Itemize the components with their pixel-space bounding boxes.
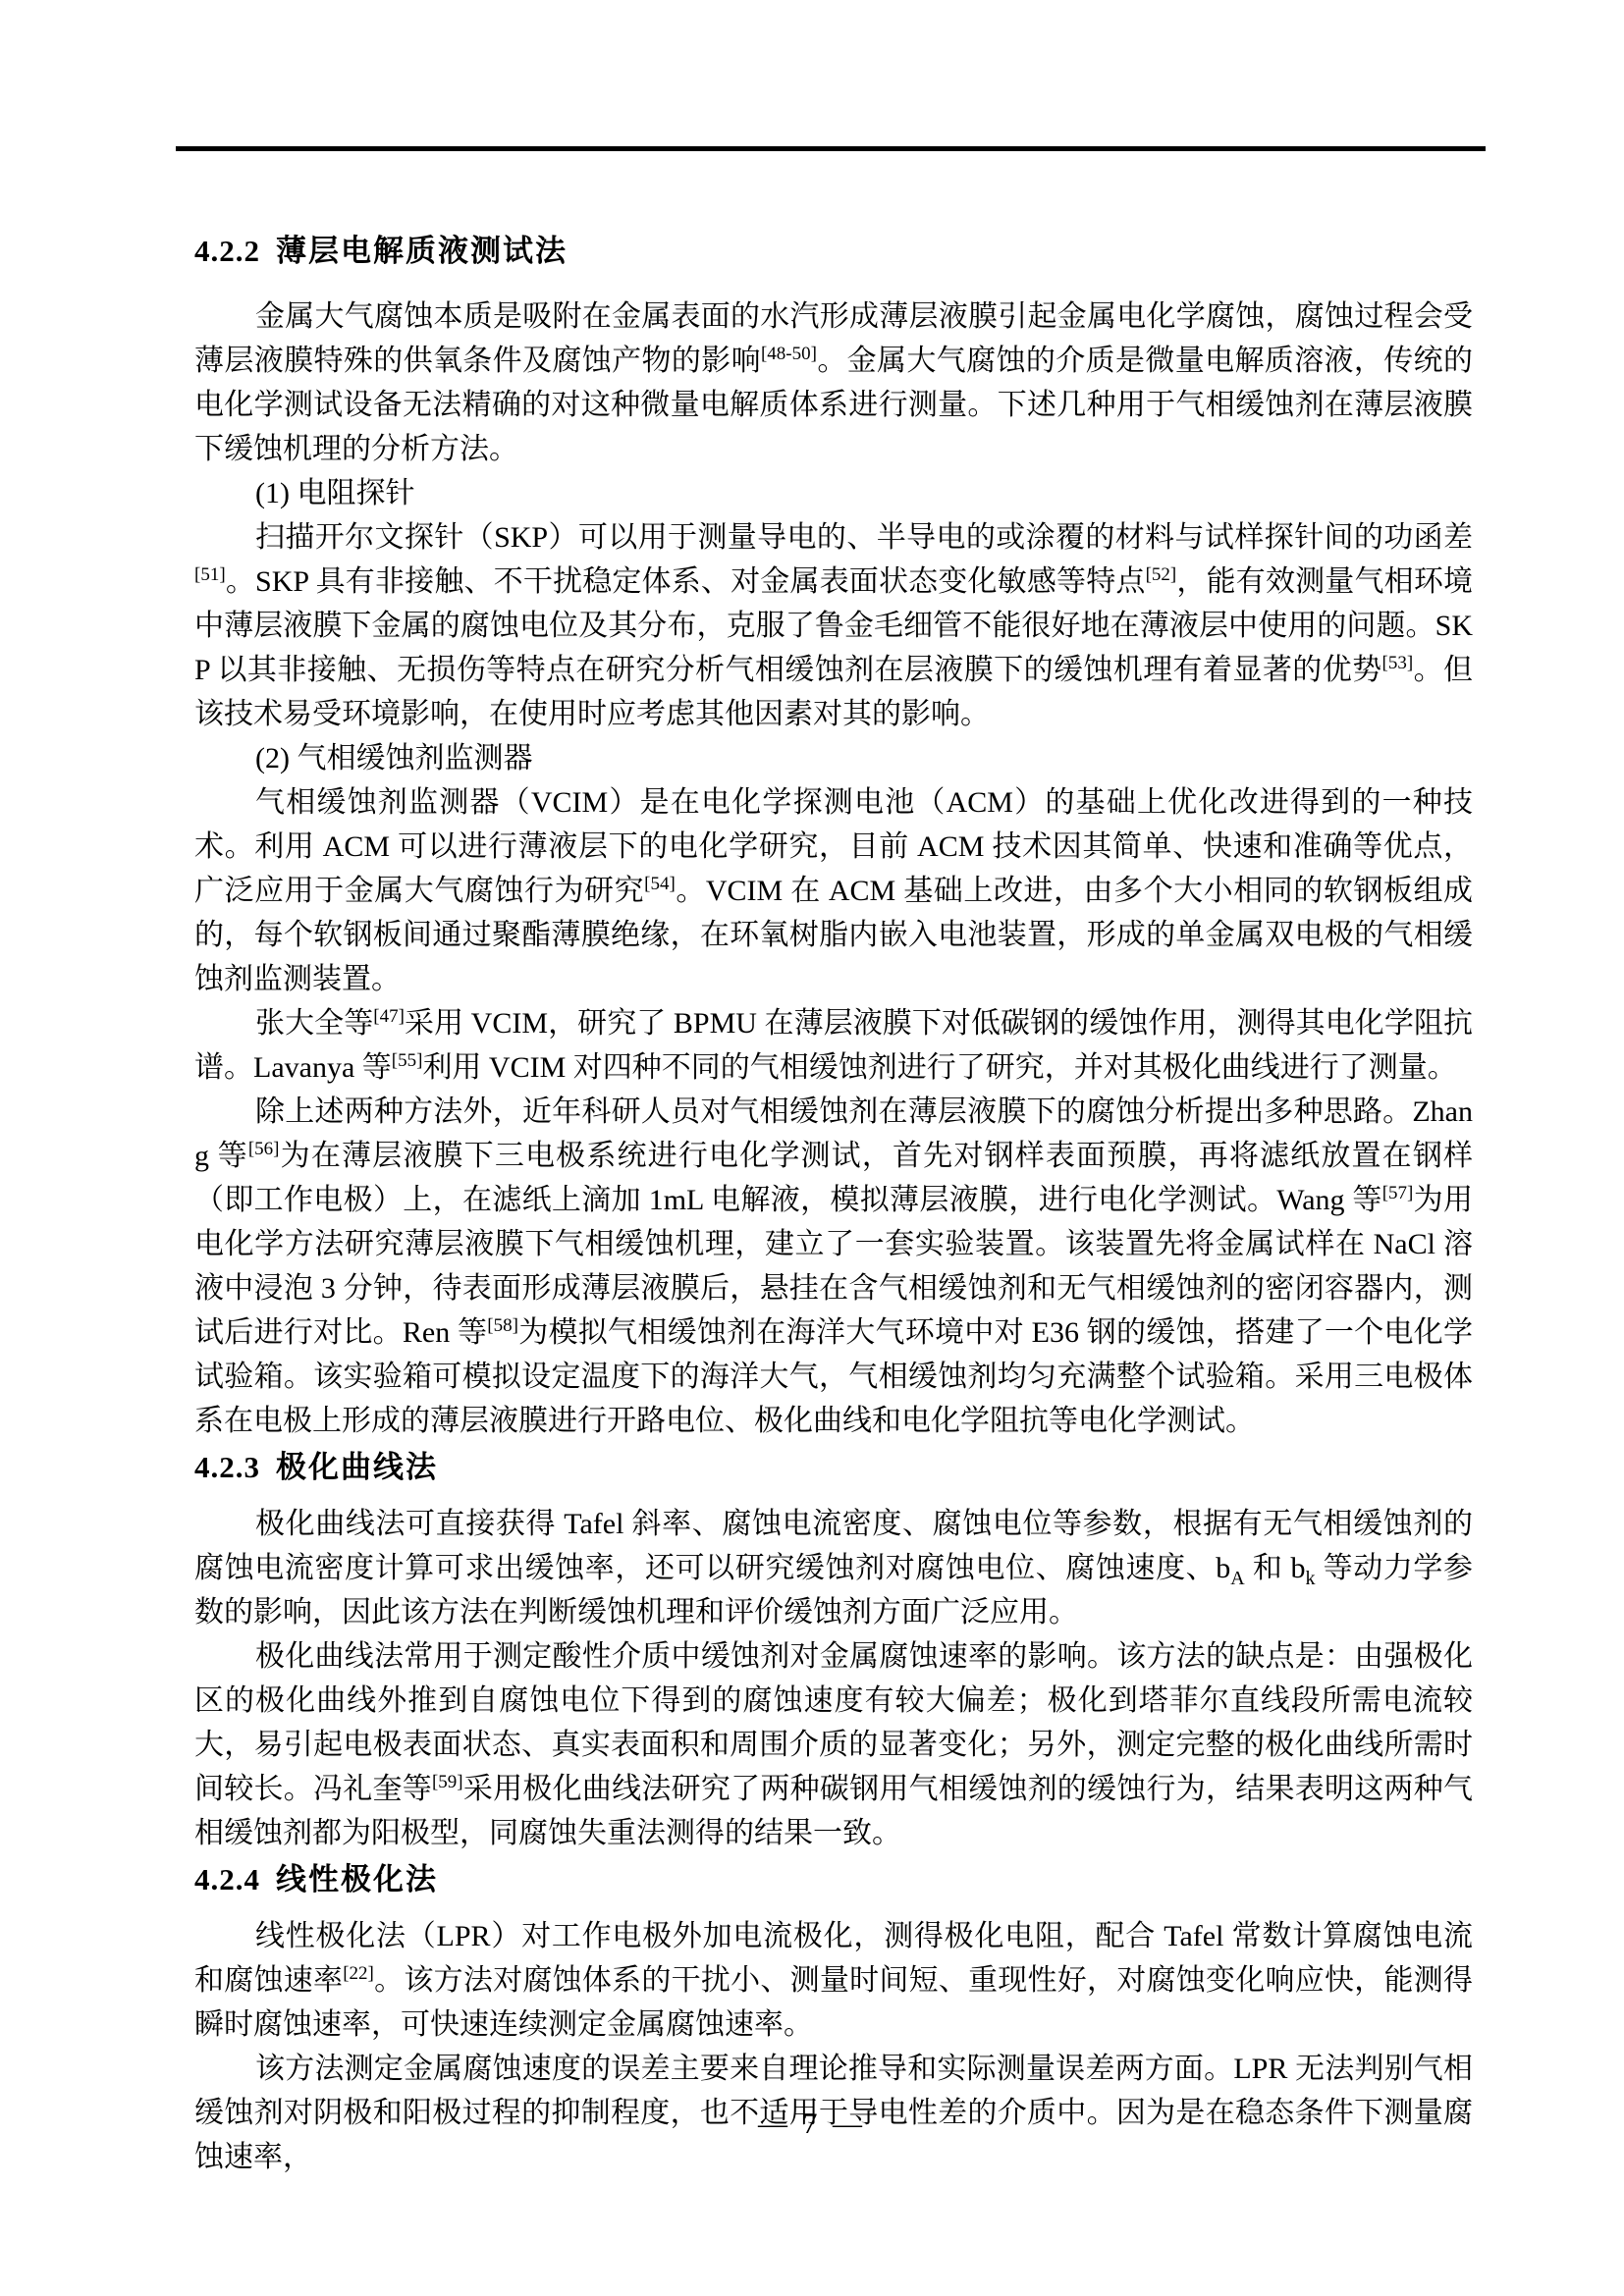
section-number: 4.2.3 <box>194 1450 260 1484</box>
reference-superscript: [58] <box>487 1315 518 1336</box>
reference-superscript: [54] <box>644 874 676 894</box>
section-title: 薄层电解质液测试法 <box>276 234 568 268</box>
page-footer: — 7 — <box>0 2107 1624 2142</box>
reference-superscript: [47] <box>373 1006 405 1027</box>
section-heading: 4.2.4线性极化法 <box>194 1857 1473 1902</box>
paragraph: 金属大气腐蚀本质是吸附在金属表面的水汽形成薄层液膜引起金属电化学腐蚀，腐蚀过程会… <box>194 294 1473 471</box>
text-run: 扫描开尔文探针（SKP）可以用于测量导电的、半导电的或涂覆的材料与试样探针间的功… <box>255 521 1473 554</box>
reference-superscript: [52] <box>1146 564 1177 585</box>
page-number: — 7 — <box>758 2108 866 2140</box>
paragraph: 极化曲线法可直接获得 Tafel 斜率、腐蚀电流密度、腐蚀电位等参数，根据有无气… <box>194 1502 1473 1634</box>
text-run: (1) 电阻探针 <box>255 477 414 509</box>
section-heading: 4.2.3极化曲线法 <box>194 1445 1473 1490</box>
section-title: 极化曲线法 <box>276 1450 438 1484</box>
paragraph: 线性极化法（LPR）对工作电极外加电流极化，测得极化电阻，配合 Tafel 常数… <box>194 1914 1473 2047</box>
text-run: 。该方法对腐蚀体系的干扰小、测量时间短、重现性好，对腐蚀变化响应快，能测得瞬时腐… <box>194 1964 1473 2041</box>
paragraph: 气相缓蚀剂监测器（VCIM）是在电化学探测电池（ACM）的基础上优化改进得到的一… <box>194 780 1473 1001</box>
text-run: (2) 气相缓蚀剂监测器 <box>255 742 532 774</box>
reference-superscript: [22] <box>343 1963 374 1984</box>
document-page: { "colors": { "background": "#ffffff", "… <box>0 0 1624 2296</box>
reference-superscript: [51] <box>194 564 226 585</box>
paragraph: 扫描开尔文探针（SKP）可以用于测量导电的、半导电的或涂覆的材料与试样探针间的功… <box>194 515 1473 736</box>
paragraph: 除上述两种方法外，近年科研人员对气相缓蚀剂在薄层液膜下的腐蚀分析提出多种思路。Z… <box>194 1090 1473 1443</box>
subscript: A <box>1230 1568 1244 1589</box>
text-run: 和 b <box>1245 1552 1306 1584</box>
reference-superscript: [48-50] <box>761 344 817 364</box>
text-run: 。SKP 具有非接触、不干扰稳定体系、对金属表面状态变化敏感等特点 <box>226 565 1146 598</box>
section-title: 线性极化法 <box>276 1862 438 1896</box>
reference-superscript: [53] <box>1382 653 1414 673</box>
reference-superscript: [55] <box>392 1050 423 1071</box>
document-body: 4.2.2薄层电解质液测试法金属大气腐蚀本质是吸附在金属表面的水汽形成薄层液膜引… <box>194 229 1473 2179</box>
subscript: k <box>1306 1568 1316 1589</box>
paragraph: (1) 电阻探针 <box>194 471 1473 515</box>
reference-superscript: [59] <box>432 1772 463 1792</box>
text-run: 张大全等 <box>255 1007 373 1040</box>
header-rule <box>176 146 1486 151</box>
paragraph: 极化曲线法常用于测定酸性介质中缓蚀剂对金属腐蚀速率的影响。该方法的缺点是：由强极… <box>194 1634 1473 1855</box>
section-number: 4.2.2 <box>194 234 260 268</box>
reference-superscript: [56] <box>248 1139 280 1159</box>
reference-superscript: [57] <box>1382 1183 1414 1203</box>
paragraph: 张大全等[47]采用 VCIM，研究了 BPMU 在薄层液膜下对低碳钢的缓蚀作用… <box>194 1001 1473 1090</box>
section-number: 4.2.4 <box>194 1862 260 1896</box>
paragraph: (2) 气相缓蚀剂监测器 <box>194 736 1473 780</box>
text-run: 利用 VCIM 对四种不同的气相缓蚀剂进行了研究，并对其极化曲线进行了测量。 <box>422 1051 1456 1084</box>
section-heading: 4.2.2薄层电解质液测试法 <box>194 229 1473 274</box>
text-run: 为在薄层液膜下三电极系统进行电化学测试，首先对钢样表面预膜，再将滤纸放置在钢样（… <box>194 1140 1473 1216</box>
